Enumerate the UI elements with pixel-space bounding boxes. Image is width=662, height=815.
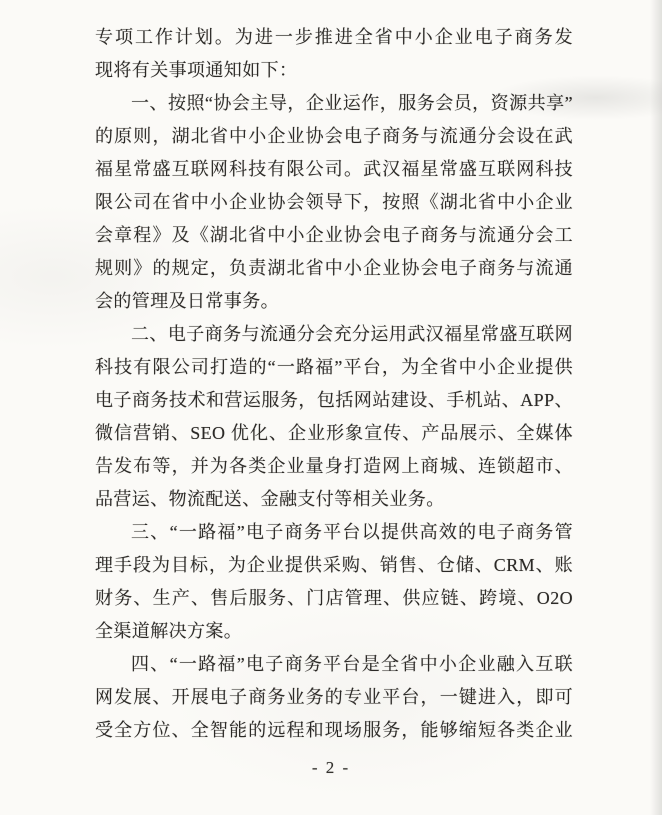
document-line: 会章程》及《湖北省中小企业协会电子商务与流通分会工作 [95, 219, 573, 252]
document-line: 一、按照“协会主导，企业运作，服务会员，资源共享” [95, 87, 573, 120]
document-body: 专项工作计划。为进一步推进全省中小企业电子商务发展， 现将有关事项通知如下： 一… [95, 21, 573, 747]
page-number: - 2 - [0, 758, 662, 778]
scanned-document-page: 专项工作计划。为进一步推进全省中小企业电子商务发展， 现将有关事项通知如下： 一… [0, 0, 662, 815]
document-line: 全渠道解决方案。 [95, 615, 573, 648]
document-line: 会的管理及日常事务。 [95, 285, 573, 318]
document-line: 网发展、开展电子商务业务的专业平台，一键进入，即可享 [95, 681, 573, 714]
document-line: 理手段为目标，为企业提供采购、销售、仓储、CRM、账款、 [95, 549, 573, 582]
document-line: 专项工作计划。为进一步推进全省中小企业电子商务发展， [95, 21, 573, 54]
document-line: 科技有限公司打造的“一路福”平台，为全省中小企业提供 [95, 351, 573, 384]
document-line: 二、电子商务与流通分会充分运用武汉福星常盛互联网 [95, 318, 573, 351]
document-line: 规则》的规定，负责湖北省中小企业协会电子商务与流通分 [95, 252, 573, 285]
document-line: 品营运、物流配送、金融支付等相关业务。 [95, 483, 573, 516]
document-line: 电子商务技术和营运服务，包括网站建设、手机站、APP、 [95, 384, 573, 417]
document-line: 三、“一路福”电子商务平台以提供高效的电子商务管 [95, 516, 573, 549]
document-line: 限公司在省中小企业协会领导下，按照《湖北省中小企业协 [95, 186, 573, 219]
document-line: 财务、生产、售后服务、门店管理、供应链、跨境、O2O 等 [95, 582, 573, 615]
document-line: 四、“一路福”电子商务平台是全省中小企业融入互联 [95, 648, 573, 681]
document-line: 告发布等，并为各类企业量身打造网上商城、连锁超市、产 [95, 450, 573, 483]
document-line: 受全方位、全智能的远程和现场服务，能够缩短各类企业进 [95, 714, 573, 747]
document-line: 微信营销、SEO 优化、企业形象宣传、产品展示、全媒体广 [95, 417, 573, 450]
document-line: 的原则，湖北省中小企业协会电子商务与流通分会设在武汉 [95, 120, 573, 153]
document-line: 现将有关事项通知如下： [95, 54, 573, 87]
document-line: 福星常盛互联网科技有限公司。武汉福星常盛互联网科技有 [95, 153, 573, 186]
